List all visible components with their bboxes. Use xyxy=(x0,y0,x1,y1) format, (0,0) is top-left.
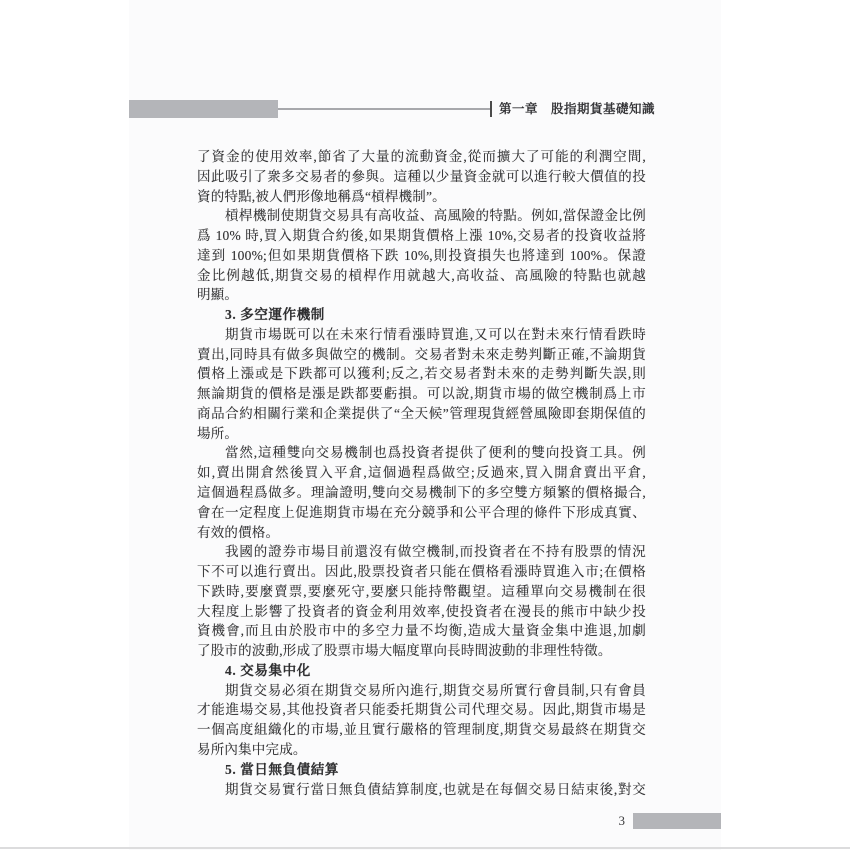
body-line: 資機會,而且由於股市中的多空力量不均衡,造成大量資金集中進退,加劇 xyxy=(197,621,646,641)
body-line: 期貨交易實行當日無負債結算制度,也就是在每個交易日結束後,對交 xyxy=(197,780,646,800)
body-line: 無論期貨的價格是漲是跌都要虧損。可以說,期貨市場的做空機制爲上市 xyxy=(197,384,646,404)
body-line: 我國的證券市場目前還沒有做空機制,而投資者在不持有股票的情況 xyxy=(197,542,646,562)
body-line: 商品合約相關行業和企業提供了“全天候”管理現貨經營風險即套期保值的 xyxy=(197,404,646,424)
body-line: 了資金的使用效率,節省了大量的流動資金,從而擴大了可能的利潤空間, xyxy=(197,147,646,167)
body-line: 才能進場交易,其他投資者只能委托期貨公司代理交易。因此,期貨市場是 xyxy=(197,700,646,720)
body-line: 金比例越低,期貨交易的槓桿作用就越大,高收益、高風險的特點也就越 xyxy=(197,266,646,286)
body-line: 槓桿機制使期貨交易具有高收益、高風險的特點。例如,當保證金比例 xyxy=(197,206,646,226)
body-line: 下跌時,要麼賣票,要麼死守,要麼只能持幣觀望。這種單向交易機制在很 xyxy=(197,582,646,602)
footer-gray-bar xyxy=(633,813,721,829)
header-gray-bar xyxy=(129,100,278,118)
body-line: 爲 10% 時,買入期貨合約後,如果期貨價格上漲 10%,交易者的投資收益將 xyxy=(197,226,646,246)
body-line: 因此吸引了衆多交易者的參與。這種以少量資金就可以進行較大價值的投 xyxy=(197,167,646,187)
header-tick-mark xyxy=(490,101,492,117)
body-line: 明顯。 xyxy=(197,285,646,305)
chapter-title: 股指期貨基礎知識 xyxy=(551,101,655,118)
body-text: 了資金的使用效率,節省了大量的流動資金,從而擴大了可能的利潤空間,因此吸引了衆多… xyxy=(197,147,646,799)
body-line: 達到 100%;但如果期貨價格下跌 10%,則投資損失也將達到 100%。保證 xyxy=(197,246,646,266)
body-line: 場所。 xyxy=(197,424,646,444)
body-line: 一個高度組織化的市場,並且實行嚴格的管理制度,期貨交易最終在期貨交 xyxy=(197,720,646,740)
section-heading-line: 4. 交易集中化 xyxy=(197,661,646,681)
body-line: 會在一定程度上促進期貨市場在充分競爭和公平合理的條件下形成真實、 xyxy=(197,503,646,523)
body-line: 大程度上影響了投資者的資金利用效率,使投資者在漫長的熊市中缺少投 xyxy=(197,602,646,622)
header-rule-line xyxy=(278,108,490,110)
body-line: 當然,這種雙向交易機制也爲投資者提供了便利的雙向投資工具。例 xyxy=(197,443,646,463)
book-page-scan: 第一章 股指期貨基礎知識 了資金的使用效率,節省了大量的流動資金,從而擴大了可能… xyxy=(0,0,850,850)
body-line: 期貨市場既可以在未來行情看漲時買進,又可以在對未來行情看跌時 xyxy=(197,325,646,345)
body-line: 賣出,同時具有做多與做空的機制。交易者對未來走勢判斷正確,不論期貨 xyxy=(197,345,646,365)
body-line: 如,賣出開倉然後買入平倉,這個過程爲做空;反過來,買入開倉賣出平倉, xyxy=(197,463,646,483)
running-header: 第一章 股指期貨基礎知識 xyxy=(499,101,655,118)
section-heading-line: 3. 多空運作機制 xyxy=(197,305,646,325)
page-number: 3 xyxy=(601,811,625,830)
body-line: 有效的價格。 xyxy=(197,523,646,543)
body-line: 下不可以進行賣出。因此,股票投資者只能在價格看漲時買進入市;在價格 xyxy=(197,562,646,582)
body-line: 了股市的波動,形成了股票市場大幅度單向長時間波動的非理性特徵。 xyxy=(197,641,646,661)
body-line: 資的特點,被人們形像地稱爲“槓桿機制”。 xyxy=(197,187,646,207)
section-heading-line: 5. 當日無負債結算 xyxy=(197,760,646,780)
chapter-number: 第一章 xyxy=(499,101,538,118)
body-line: 價格上漲或是下跌都可以獲利;反之,若交易者對未來的走勢判斷失誤,則 xyxy=(197,364,646,384)
body-line: 期貨交易必須在期貨交易所內進行,期貨交易所實行會員制,只有會員 xyxy=(197,681,646,701)
body-line: 這個過程爲做多。理論證明,雙向交易機制下的多空雙方頻繁的價格撮合, xyxy=(197,483,646,503)
body-line: 易所內集中完成。 xyxy=(197,740,646,760)
scan-bottom-edge xyxy=(0,847,850,849)
